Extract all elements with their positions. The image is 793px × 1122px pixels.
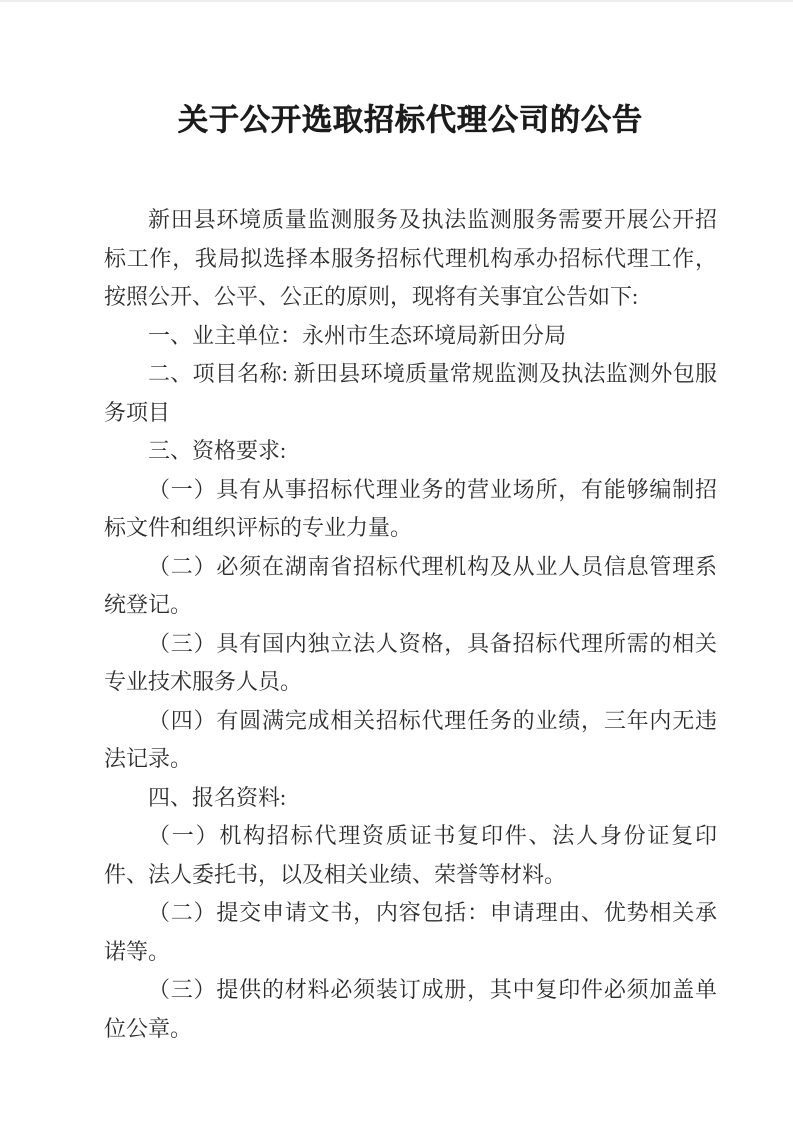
document-paragraph: 新田县环境质量监测服务及执法监测服务需要开展公开招标工作，我局拟选择本服务招标代… [104,201,717,317]
document-paragraph: 一、业主单位：永州市生态环境局新田分局 [104,317,717,356]
document-paragraph: （二）提交申请文书，内容包括：申请理由、优势相关承诺等。 [104,894,717,971]
document-paragraph: （三）具有国内独立法人资格，具备招标代理所需的相关专业技术服务人员。 [104,625,717,702]
document-paragraph: （一）机构招标代理资质证书复印件、法人身份证复印件、法人委托书，以及相关业绩、荣… [104,817,717,894]
document-paragraph: （二）必须在湖南省招标代理机构及从业人员信息管理系统登记。 [104,548,717,625]
document-paragraph: （一）具有从事招标代理业务的营业场所，有能够编制招标文件和组织评标的专业力量。 [104,471,717,548]
document-paragraph: 二、项目名称: 新田县环境质量常规监测及执法监测外包服务项目 [104,355,717,432]
scan-edge-artifact [0,0,793,2]
document-paragraph: （三）提供的材料必须装订成册，其中复印件必须加盖单位公章。 [104,971,717,1048]
document-title: 关于公开选取招标代理公司的公告 [104,97,717,144]
document-body: 新田县环境质量监测服务及执法监测服务需要开展公开招标工作，我局拟选择本服务招标代… [104,201,717,1048]
document-paragraph: 四、报名资料: [104,779,717,818]
announcement-page: 关于公开选取招标代理公司的公告 新田县环境质量监测服务及执法监测服务需要开展公开… [0,0,793,1122]
document-paragraph: （四）有圆满完成相关招标代理任务的业绩，三年内无违法记录。 [104,702,717,779]
document-paragraph: 三、资格要求: [104,432,717,471]
